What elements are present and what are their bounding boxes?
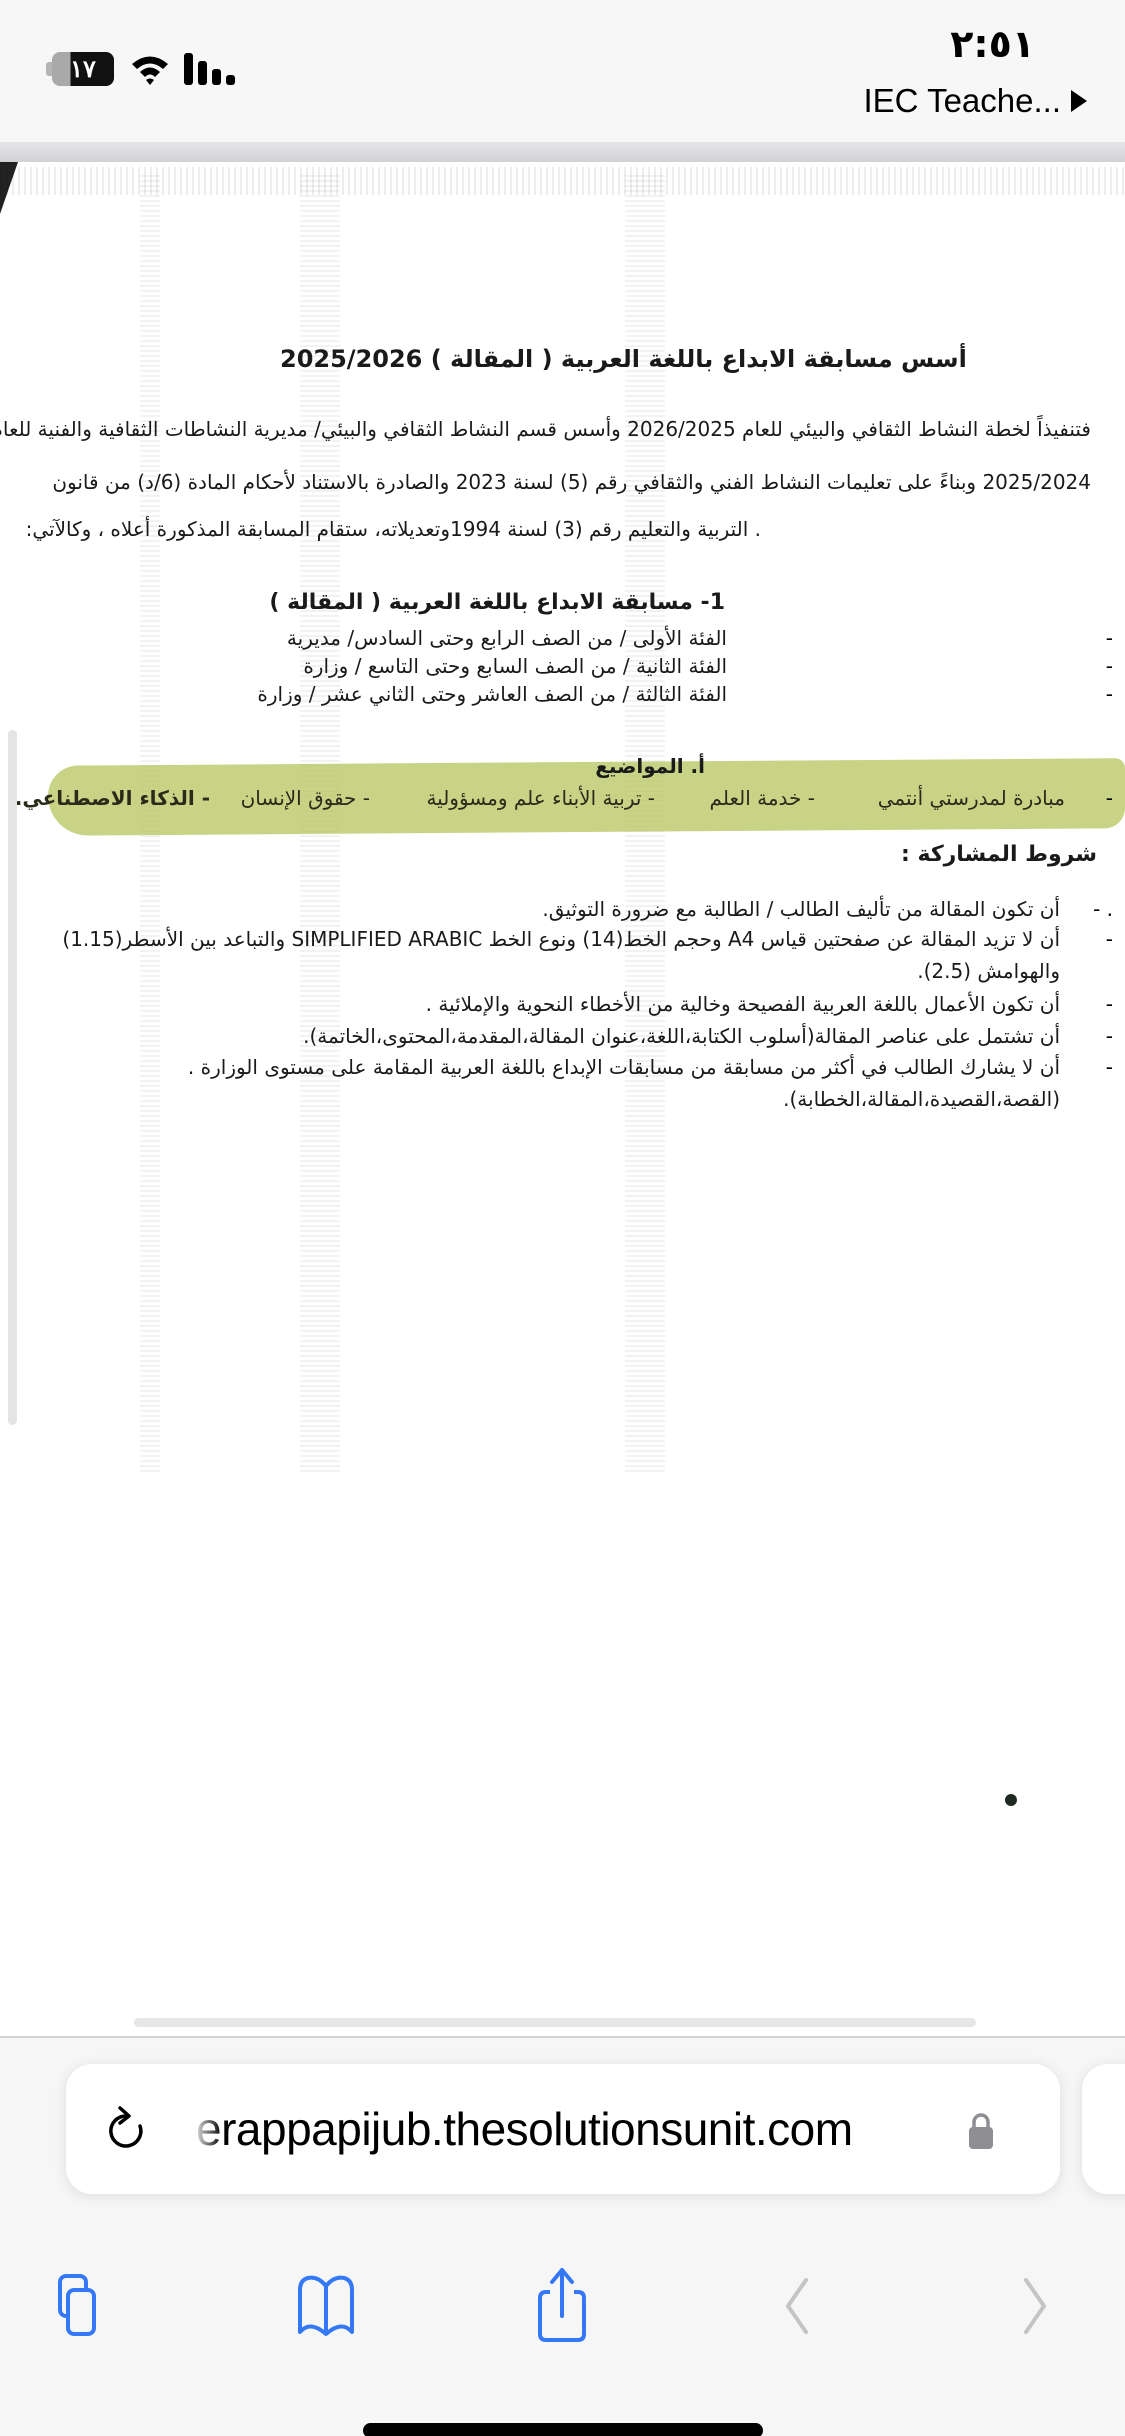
bookmarks-icon — [290, 2270, 362, 2347]
bullet-dash: - — [1106, 927, 1113, 951]
topic-item: - تربية الأبناء علم ومسؤولية — [426, 786, 655, 810]
condition-item-cont: والهوامش (2.5). — [917, 959, 1060, 983]
tabs-icon — [54, 2270, 126, 2347]
play-arrow-icon — [1071, 90, 1087, 112]
reload-icon[interactable] — [102, 2104, 152, 2161]
next-tab-pill[interactable] — [1082, 2064, 1125, 2194]
category-item: الفئة الثالثة / من الصف العاشر وحتى الثا… — [257, 682, 727, 706]
url-fade — [192, 2094, 222, 2164]
condition-item: أن تكون الأعمال باللغة العربية الفصيحة و… — [426, 992, 1060, 1016]
bullet-dash: - — [1106, 626, 1113, 650]
topic-item: - خدمة العلم — [710, 786, 815, 810]
top-shade-divider — [0, 142, 1125, 162]
section-heading: 1- مسابقة الابداع باللغة العربية ( المقا… — [269, 590, 725, 615]
bullet-dash: - — [1106, 682, 1113, 706]
condition-item: أن تكون المقالة من تأليف الطالب / الطالب… — [542, 897, 1060, 921]
intro-line-2: 2025/2024 وبناءً على تعليمات النشاط الفن… — [52, 470, 1091, 494]
topic-item: - الذكاء الاصطناعي. — [15, 786, 210, 810]
condition-item: أن تشتمل على عناصر المقالة(أسلوب الكتابة… — [303, 1024, 1060, 1048]
battery-icon: ١٧ — [46, 52, 116, 86]
intro-line-1: فتنفيذاً لخطة النشاط الثقافي والبيئي للع… — [0, 417, 1091, 441]
status-time: ٢:٥١ — [950, 22, 1035, 66]
browser-bottom-bar: erappapijub.thesolutionsunit.com — [0, 2036, 1125, 2436]
back-chevron-icon — [776, 2276, 816, 2341]
bullet-dash: - . — [1093, 897, 1113, 921]
scan-noise — [0, 167, 1125, 195]
address-bar[interactable]: erappapijub.thesolutionsunit.com — [66, 2064, 1060, 2194]
bookmarks-button[interactable] — [286, 2268, 366, 2348]
category-item: الفئة الأولى / من الصف الرابع وحتى الساد… — [287, 626, 727, 650]
vertical-scrollbar[interactable] — [8, 730, 17, 1425]
wifi-icon — [130, 53, 170, 85]
status-icons: ١٧ — [46, 52, 238, 86]
conditions-heading: شروط المشاركة : — [901, 842, 1097, 867]
topic-item: مبادرة لمدرستي أنتمي — [878, 786, 1065, 810]
document-viewport[interactable]: أسس مسابقة الابداع باللغة العربية ( المق… — [0, 162, 1125, 2036]
back-app-label: IEC Teache... — [863, 82, 1061, 120]
horizontal-scrollbar[interactable] — [134, 2018, 976, 2027]
intro-line-3: . التربية والتعليم رقم (3) لسنة 1994وتعد… — [26, 517, 761, 541]
home-indicator[interactable] — [363, 2423, 763, 2436]
document-title: أسس مسابقة الابداع باللغة العربية ( المق… — [280, 345, 967, 373]
battery-level: ١٧ — [52, 52, 114, 86]
bullet-dash: - — [1106, 992, 1113, 1016]
topics-heading: أ. المواضيع — [595, 754, 705, 778]
bullet-dash: - — [1106, 1055, 1113, 1079]
tabs-button[interactable] — [50, 2268, 130, 2348]
back-button[interactable] — [756, 2268, 836, 2348]
url-text[interactable]: erappapijub.thesolutionsunit.com — [196, 2102, 853, 2156]
topic-item: - حقوق الإنسان — [241, 786, 370, 810]
condition-item: أن لا يشارك الطالب في أكثر من مسابقة من … — [188, 1055, 1060, 1079]
share-button[interactable] — [522, 2268, 602, 2348]
forward-chevron-icon — [1016, 2276, 1056, 2341]
category-item: الفئة الثانية / من الصف السابع وحتى التا… — [303, 654, 727, 678]
status-bar: ١٧ ٢:٥١ IEC Teache... — [0, 0, 1125, 150]
lock-icon — [968, 2112, 994, 2155]
bullet-dash: - — [1106, 786, 1113, 810]
browser-toolbar — [0, 2268, 1125, 2348]
share-icon — [526, 2266, 598, 2351]
back-to-app-button[interactable]: IEC Teache... — [863, 82, 1087, 120]
scan-speck — [1005, 1794, 1017, 1806]
bullet-dash: - — [1106, 654, 1113, 678]
condition-item-cont: (القصة،القصيدة،المقالة،الخطابة). — [783, 1087, 1060, 1111]
condition-item: أن لا تزيد المقالة عن صفحتين قياس A4 وحج… — [62, 927, 1060, 951]
bullet-dash: - — [1106, 1024, 1113, 1048]
forward-button[interactable] — [996, 2268, 1076, 2348]
cellular-signal-icon — [184, 53, 238, 85]
